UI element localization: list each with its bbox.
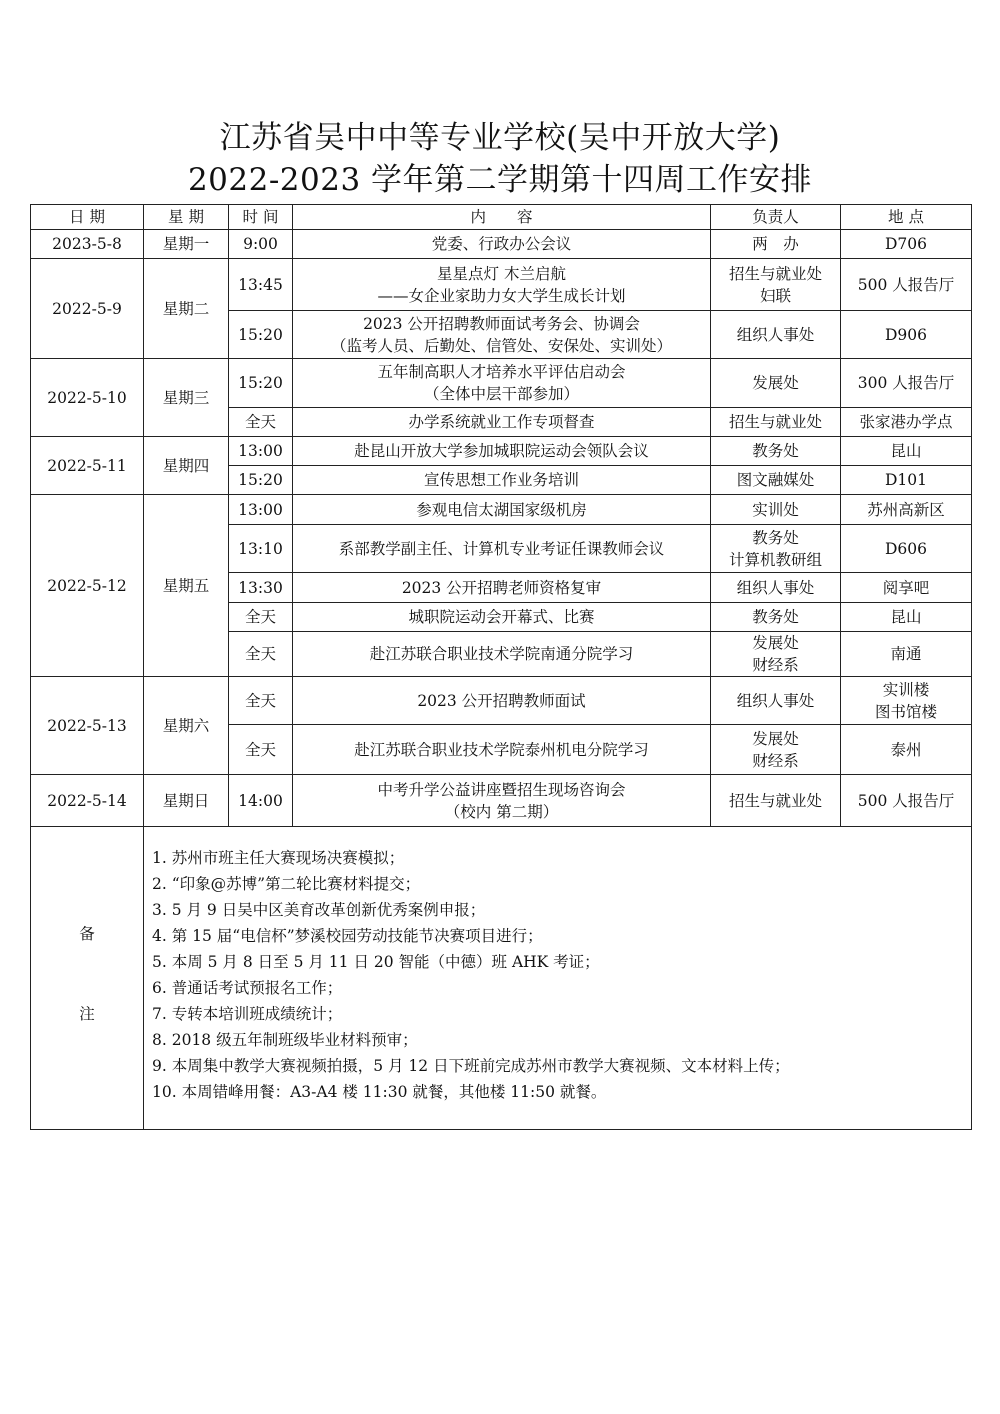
location-cell: 300 人报告厅 — [841, 359, 972, 408]
table-row: 2022-5-14 星期日 14:00 中考升学公益讲座暨招生现场咨询会 （校内… — [31, 775, 972, 827]
weekday-cell: 星期二 — [144, 259, 229, 359]
schedule-table: 日 期 星 期 时 间 内 容 负责人 地 点 2023-5-8 星期一 9:0… — [30, 204, 972, 1130]
content-cell: 2023 公开招聘教师面试考务会、协调会 （监考人员、后勤处、信管处、安保处、实… — [293, 311, 711, 359]
location-cell: D606 — [841, 525, 972, 573]
content-cell: 系部教学副主任、计算机专业考证任课教师会议 — [293, 525, 711, 573]
document-subtitle: 2022-2023 学年第二学期第十四周工作安排 — [0, 160, 1000, 200]
table-row: 2022-5-11 星期四 13:00 赴昆山开放大学参加城职院运动会领队会议 … — [31, 437, 972, 466]
location-cell: 500 人报告厅 — [841, 259, 972, 311]
note-item: 6. 普通话考试预报名工作； — [152, 975, 971, 1001]
note-item: 5. 本周 5 月 8 日至 5 月 11 日 20 智能（中德）班 AHK 考… — [152, 949, 971, 975]
date-cell: 2022-5-11 — [31, 437, 144, 495]
table-row: 2022-5-10 星期三 15:20 五年制高职人才培养水平评估启动会 （全体… — [31, 359, 972, 408]
weekday-cell: 星期四 — [144, 437, 229, 495]
note-item: 9. 本周集中教学大赛视频拍摄，5 月 12 日下班前完成苏州市教学大赛视频、文… — [152, 1053, 971, 1079]
table-row: 2022-5-13 星期六 全天 2023 公开招聘教师面试 组织人事处 实训楼… — [31, 677, 972, 725]
note-item: 8. 2018 级五年制班级毕业材料预审； — [152, 1027, 971, 1053]
owner-cell: 发展处 — [711, 359, 841, 408]
header-date: 日 期 — [31, 205, 144, 230]
location-cell: D101 — [841, 466, 972, 495]
time-cell: 全天 — [229, 632, 293, 677]
owner-cell: 教务处 计算机教研组 — [711, 525, 841, 573]
notes-row: 备 注 1. 苏州市班主任大赛现场决赛模拟； 2. “印象@苏博”第二轮比赛材料… — [31, 827, 972, 1130]
content-cell: 宣传思想工作业务培训 — [293, 466, 711, 495]
location-cell: 张家港办学点 — [841, 408, 972, 437]
note-item: 10. 本周错峰用餐：A3-A4 楼 11:30 就餐，其他楼 11:50 就餐… — [152, 1079, 971, 1105]
time-cell: 13:00 — [229, 437, 293, 466]
table-row: 2022-5-12 星期五 13:00 参观电信太湖国家级机房 实训处 苏州高新… — [31, 495, 972, 525]
document-title: 江苏省吴中中等专业学校(吴中开放大学) — [0, 118, 1000, 158]
content-cell: 城职院运动会开幕式、比赛 — [293, 603, 711, 632]
time-cell: 13:30 — [229, 573, 293, 603]
time-cell: 14:00 — [229, 775, 293, 827]
owner-cell: 招生与就业处 妇联 — [711, 259, 841, 311]
location-cell: 昆山 — [841, 603, 972, 632]
weekday-cell: 星期六 — [144, 677, 229, 775]
notes-content-cell: 1. 苏州市班主任大赛现场决赛模拟； 2. “印象@苏博”第二轮比赛材料提交； … — [144, 827, 972, 1130]
date-cell: 2022-5-9 — [31, 259, 144, 359]
date-cell: 2022-5-10 — [31, 359, 144, 437]
owner-cell: 教务处 — [711, 437, 841, 466]
location-cell: D706 — [841, 230, 972, 259]
weekday-cell: 星期日 — [144, 775, 229, 827]
location-cell: 泰州 — [841, 725, 972, 775]
location-cell: 昆山 — [841, 437, 972, 466]
time-cell: 15:20 — [229, 311, 293, 359]
content-cell: 赴昆山开放大学参加城职院运动会领队会议 — [293, 437, 711, 466]
location-cell: 500 人报告厅 — [841, 775, 972, 827]
notes-list: 1. 苏州市班主任大赛现场决赛模拟； 2. “印象@苏博”第二轮比赛材料提交； … — [152, 845, 971, 1105]
header-content: 内 容 — [293, 205, 711, 230]
date-cell: 2023-5-8 — [31, 230, 144, 259]
content-cell: 2023 公开招聘老师资格复审 — [293, 573, 711, 603]
note-item: 3. 5 月 9 日吴中区美育改革创新优秀案例申报； — [152, 897, 971, 923]
owner-cell: 招生与就业处 — [711, 408, 841, 437]
date-cell: 2022-5-12 — [31, 495, 144, 677]
content-cell: 办学系统就业工作专项督查 — [293, 408, 711, 437]
owner-cell: 组织人事处 — [711, 311, 841, 359]
owner-cell: 发展处 财经系 — [711, 725, 841, 775]
note-item: 2. “印象@苏博”第二轮比赛材料提交； — [152, 871, 971, 897]
time-cell: 15:20 — [229, 359, 293, 408]
notes-label-top: 备 — [31, 923, 143, 945]
location-cell: 苏州高新区 — [841, 495, 972, 525]
content-cell: 赴江苏联合职业技术学院泰州机电分院学习 — [293, 725, 711, 775]
location-cell: 南通 — [841, 632, 972, 677]
owner-cell: 教务处 — [711, 603, 841, 632]
content-cell: 参观电信太湖国家级机房 — [293, 495, 711, 525]
time-cell: 全天 — [229, 725, 293, 775]
time-cell: 15:20 — [229, 466, 293, 495]
time-cell: 13:45 — [229, 259, 293, 311]
time-cell: 9:00 — [229, 230, 293, 259]
time-cell: 13:10 — [229, 525, 293, 573]
owner-cell: 实训处 — [711, 495, 841, 525]
table-header-row: 日 期 星 期 时 间 内 容 负责人 地 点 — [31, 205, 972, 230]
owner-cell: 招生与就业处 — [711, 775, 841, 827]
weekday-cell: 星期三 — [144, 359, 229, 437]
location-cell: 实训楼 图书馆楼 — [841, 677, 972, 725]
header-time: 时 间 — [229, 205, 293, 230]
content-cell: 赴江苏联合职业技术学院南通分院学习 — [293, 632, 711, 677]
content-cell: 星星点灯 木兰启航 ——女企业家助力女大学生成长计划 — [293, 259, 711, 311]
note-item: 7. 专转本培训班成绩统计； — [152, 1001, 971, 1027]
notes-label-bottom: 注 — [31, 1003, 143, 1025]
content-cell: 中考升学公益讲座暨招生现场咨询会 （校内 第二期） — [293, 775, 711, 827]
date-cell: 2022-5-14 — [31, 775, 144, 827]
owner-cell: 组织人事处 — [711, 573, 841, 603]
note-item: 1. 苏州市班主任大赛现场决赛模拟； — [152, 845, 971, 871]
location-cell: D906 — [841, 311, 972, 359]
notes-label-cell: 备 注 — [31, 827, 144, 1130]
header-weekday: 星 期 — [144, 205, 229, 230]
owner-cell: 组织人事处 — [711, 677, 841, 725]
owner-cell: 图文融媒处 — [711, 466, 841, 495]
time-cell: 全天 — [229, 677, 293, 725]
header-location: 地 点 — [841, 205, 972, 230]
time-cell: 全天 — [229, 408, 293, 437]
content-cell: 2023 公开招聘教师面试 — [293, 677, 711, 725]
table-row: 2022-5-9 星期二 13:45 星星点灯 木兰启航 ——女企业家助力女大学… — [31, 259, 972, 311]
owner-cell: 两 办 — [711, 230, 841, 259]
content-cell: 五年制高职人才培养水平评估启动会 （全体中层干部参加） — [293, 359, 711, 408]
content-cell: 党委、行政办公会议 — [293, 230, 711, 259]
location-cell: 阅享吧 — [841, 573, 972, 603]
header-owner: 负责人 — [711, 205, 841, 230]
time-cell: 13:00 — [229, 495, 293, 525]
note-item: 4. 第 15 届“电信杯”梦溪校园劳动技能节决赛项目进行； — [152, 923, 971, 949]
table-row: 2023-5-8 星期一 9:00 党委、行政办公会议 两 办 D706 — [31, 230, 972, 259]
time-cell: 全天 — [229, 603, 293, 632]
weekday-cell: 星期五 — [144, 495, 229, 677]
owner-cell: 发展处 财经系 — [711, 632, 841, 677]
date-cell: 2022-5-13 — [31, 677, 144, 775]
weekday-cell: 星期一 — [144, 230, 229, 259]
